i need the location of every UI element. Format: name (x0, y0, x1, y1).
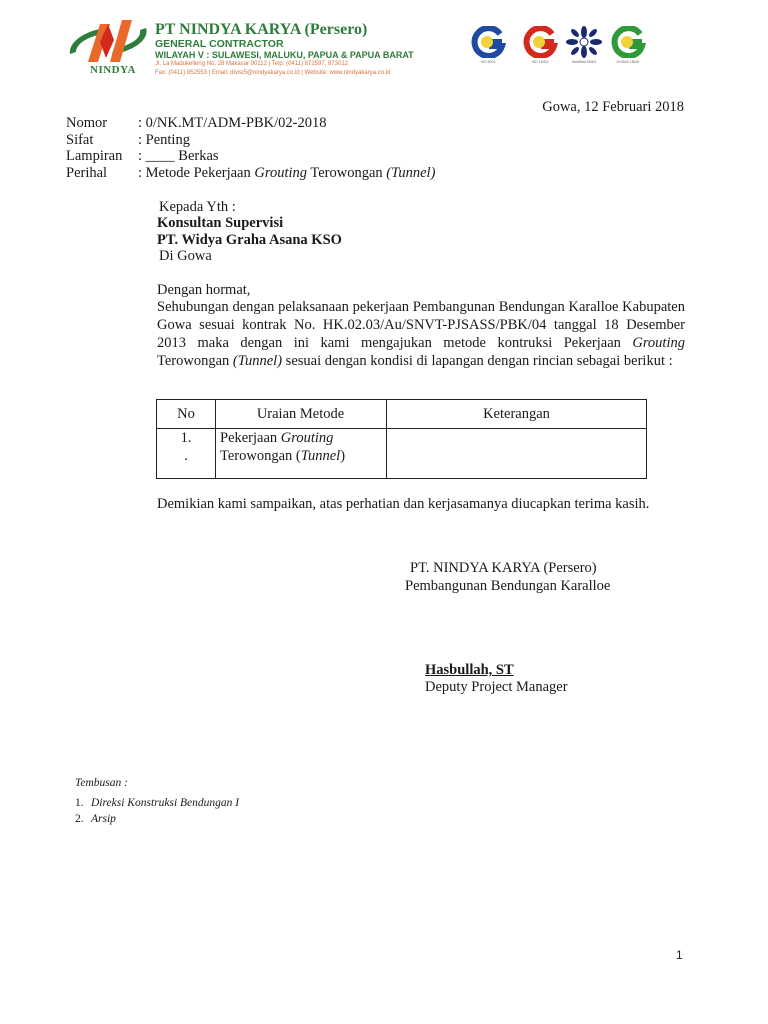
company-name: PT NINDYA KARYA (Persero) (155, 21, 367, 39)
company-region: WILAYAH V : SULAWESI, MALUKU, PAPUA & PA… (155, 50, 414, 60)
recipient-line3: Di Gowa (159, 247, 212, 265)
company-contact: Fax: (0411) 852553 | Email: divisi5@nind… (155, 70, 390, 76)
smk3-cert-icon: Sertifikat SMK3 (566, 26, 602, 62)
meta-value-lampiran: : ____ Berkas (138, 147, 219, 165)
logo-wordmark: NINDYA (90, 64, 136, 76)
methods-table: No Uraian Metode Keterangan 1.. Pekerjaa… (156, 399, 647, 479)
iso-14001-cert-icon: ISO 14001 (522, 26, 558, 62)
company-subtitle: GENERAL CONTRACTOR (155, 38, 284, 50)
meta-label-perihal: Perihal (66, 164, 107, 182)
meta-label-nomor: Nomor (66, 114, 107, 132)
cell-uraian: Pekerjaan GroutingTerowongan (Tunnel) (216, 429, 387, 479)
closing-sentence: Demikian kami sampaikan, atas perhatian … (157, 495, 649, 513)
meta-value-nomor: : 0/NK.MT/ADM-PBK/02-2018 (138, 114, 327, 132)
table-row: 1.. Pekerjaan GroutingTerowongan (Tunnel… (157, 429, 647, 479)
meta-value-perihal: : Metode Pekerjaan Grouting Terowongan (… (138, 164, 435, 182)
recipient-line1: Konsultan Supervisi (157, 214, 283, 232)
tembusan-item: 1.Direksi Konstruksi Bendungan I (75, 795, 239, 811)
meta-label-lampiran: Lampiran (66, 147, 122, 165)
page-number: 1 (676, 948, 683, 962)
table-header-row: No Uraian Metode Keterangan (157, 400, 647, 429)
header-no: No (157, 400, 216, 429)
signatory-name: Hasbullah, ST (425, 661, 514, 679)
iso-9001-cert-icon: ISO 9001 (470, 26, 506, 62)
cell-keterangan (387, 429, 647, 479)
company-address: Jl. La Madukelleng No. 28 Makasar 90112 … (155, 61, 348, 67)
signatory-title: Deputy Project Manager (425, 678, 568, 696)
ohsas-cert-icon: OHSAS 18001 (610, 26, 646, 62)
tembusan-title: Tembusan : (75, 775, 128, 791)
tembusan-item: 2.Arsip (75, 811, 116, 827)
body-paragraph: Sehubungan dengan pelaksanaan pekerjaan … (157, 298, 685, 370)
header-uraian: Uraian Metode (216, 400, 387, 429)
greeting: Dengan hormat, (157, 281, 250, 299)
signature-project: Pembangunan Bendungan Karalloe (405, 577, 610, 595)
signature-company: PT. NINDYA KARYA (Persero) (410, 559, 597, 577)
cell-no: 1.. (157, 429, 216, 479)
nindya-logo: NINDYA (66, 18, 150, 80)
header-keterangan: Keterangan (387, 400, 647, 429)
nindya-logo-icon (66, 18, 150, 68)
letter-date: Gowa, 12 Februari 2018 (542, 98, 684, 116)
